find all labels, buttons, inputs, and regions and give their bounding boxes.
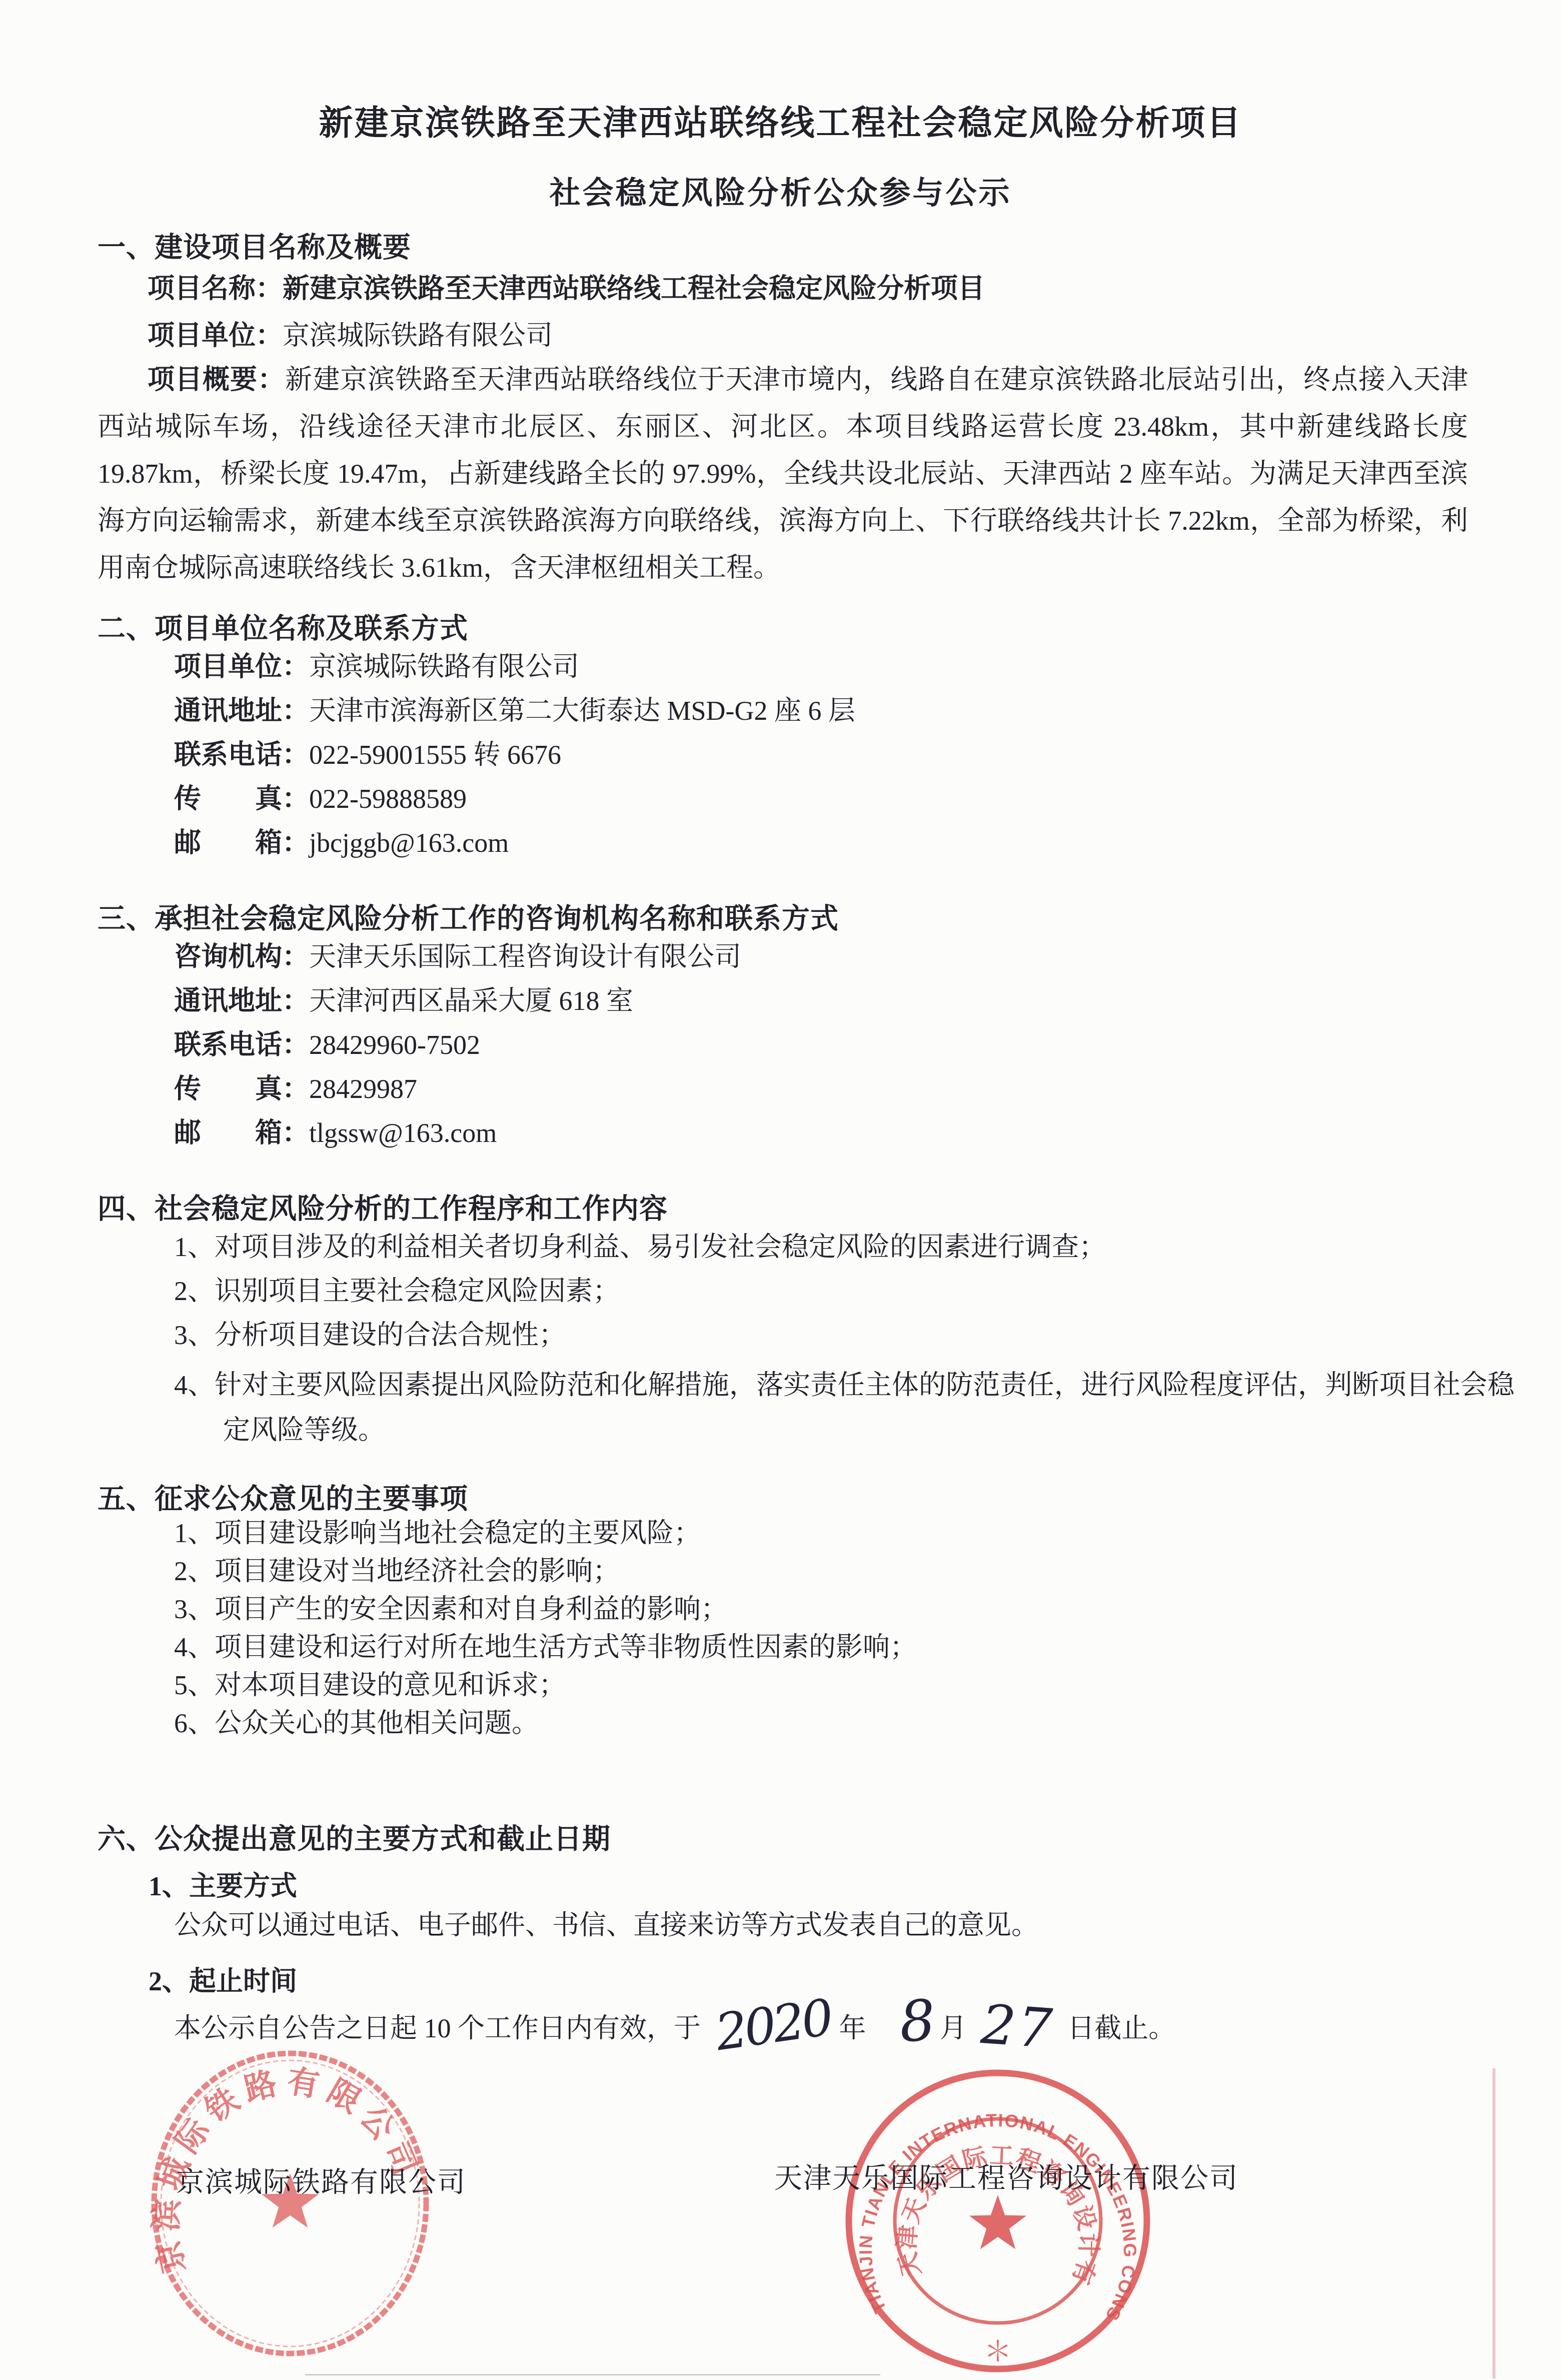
opinion-item-2: 2、项目建设对当地经济社会的影响； bbox=[174, 1555, 620, 1588]
consultant-value: 天津天乐国际工程咨询设计有限公司 bbox=[309, 942, 741, 972]
contact-row-address: 通讯地址：天津市滨海新区第二大街泰达 MSD-G2 座 6 层 bbox=[174, 694, 855, 727]
contact-row-fax: 传 真：022-59888589 bbox=[174, 782, 467, 815]
period-subheading: 2、起止时间 bbox=[149, 1960, 297, 1998]
project-overview-text: 新建京滨铁路至天津西站联络线位于天津市境内，线路自在建京滨铁路北辰站引出，终点接… bbox=[98, 365, 1468, 583]
handwritten-day: 27 bbox=[980, 2008, 1055, 2046]
handwritten-year: 2020 bbox=[714, 2001, 832, 2049]
project-overview-label: 项目概要： bbox=[148, 365, 285, 395]
contact-label: 传 真： bbox=[174, 784, 309, 814]
section-6-heading: 六、公众提出意见的主要方式和截止日期 bbox=[98, 1817, 611, 1857]
procedure-item-2: 2、识别项目主要社会稳定风险因素； bbox=[174, 1275, 620, 1308]
contact-label: 联系电话： bbox=[174, 740, 309, 770]
consultant-row-org: 咨询机构：天津天乐国际工程咨询设计有限公司 bbox=[174, 940, 741, 973]
opinion-item-6: 6、公众关心的其他相关问题。 bbox=[174, 1707, 539, 1740]
method-subheading: 1、主要方式 bbox=[149, 1865, 297, 1903]
contact-row-unit: 项目单位：京滨城际铁路有限公司 bbox=[174, 650, 579, 683]
right-company-name: 天津天乐国际工程咨询设计有限公司 bbox=[774, 2156, 1238, 2196]
deadline-suffix: 日截止。 bbox=[1067, 2013, 1175, 2043]
consultant-label: 通讯地址： bbox=[174, 986, 309, 1016]
left-company-name: 京滨城际铁路有限公司 bbox=[176, 2160, 466, 2200]
opinion-item-4: 4、项目建设和运行对所在地生活方式等非物质性因素的影响； bbox=[174, 1631, 917, 1664]
project-unit-label: 项目单位： bbox=[148, 321, 283, 351]
procedure-item-4: 4、针对主要风险因素提出风险防范和化解措施，落实责任主体的防范责任，进行风险程度… bbox=[174, 1363, 1514, 1453]
section-4-heading: 四、社会稳定风险分析的工作程序和工作内容 bbox=[98, 1186, 668, 1227]
consultant-label: 传 真： bbox=[174, 1074, 309, 1104]
consultant-value: tlgssw@163.com bbox=[309, 1118, 497, 1148]
project-name-value: 新建京滨铁路至天津西站联络线工程社会稳定风险分析项目 bbox=[283, 274, 985, 304]
method-body: 公众可以通过电话、电子邮件、书信、直接来访等方式发表自己的意见。 bbox=[174, 1909, 1038, 1942]
document-title-line1: 新建京滨铁路至天津西站联络线工程社会稳定风险分析项目 bbox=[0, 96, 1561, 145]
right-company-seal: TIANJIN TIANLE INTERNATIONAL ENGINEERING… bbox=[838, 2061, 1158, 2380]
scanned-notice-page: 新建京滨铁路至天津西站联络线工程社会稳定风险分析项目 社会稳定风险分析公众参与公… bbox=[0, 0, 1561, 2380]
opinion-item-1: 1、项目建设影响当地社会稳定的主要风险； bbox=[174, 1517, 701, 1550]
contact-label: 通讯地址： bbox=[174, 696, 309, 726]
deadline-line: 本公示自公告之日起 10 个工作日内有效，于2020年8月27日截止。 bbox=[174, 2002, 1175, 2045]
project-unit-value: 京滨城际铁路有限公司 bbox=[283, 321, 553, 351]
contact-label: 邮 箱： bbox=[174, 828, 309, 858]
consultant-value: 28429960-7502 bbox=[309, 1030, 480, 1060]
handwritten-month: 8 bbox=[898, 2004, 936, 2039]
deadline-prefix: 本公示自公告之日起 10 个工作日内有效，于 bbox=[174, 2013, 701, 2043]
star-icon bbox=[969, 2195, 1026, 2249]
contact-value: 天津市滨海新区第二大街泰达 MSD-G2 座 6 层 bbox=[309, 696, 855, 726]
scan-artifact-vertical-line bbox=[1492, 2068, 1495, 2378]
consultant-row-phone: 联系电话：28429960-7502 bbox=[174, 1028, 480, 1061]
project-overview-paragraph: 项目概要：新建京滨铁路至天津西站联络线位于天津市境内，线路自在建京滨铁路北辰站引… bbox=[98, 356, 1468, 591]
section-2-heading: 二、项目单位名称及联系方式 bbox=[98, 606, 468, 646]
consultant-row-address: 通讯地址：天津河西区晶采大厦 618 室 bbox=[174, 984, 633, 1017]
consultant-row-email: 邮 箱：tlgssw@163.com bbox=[174, 1116, 497, 1149]
project-unit-row: 项目单位：京滨城际铁路有限公司 bbox=[148, 319, 553, 352]
procedure-item-1: 1、对项目涉及的利益相关者切身利益、易引发社会稳定风险的因素进行调查； bbox=[174, 1231, 1106, 1264]
contact-value: 022-59888589 bbox=[309, 784, 467, 814]
month-character: 月 bbox=[940, 2013, 967, 2043]
contact-label: 项目单位： bbox=[174, 652, 309, 682]
consultant-label: 联系电话： bbox=[174, 1030, 309, 1060]
procedure-item-3: 3、分析项目建设的合法合规性； bbox=[174, 1319, 566, 1352]
document-title-line2: 社会稳定风险分析公众参与公示 bbox=[0, 168, 1561, 213]
contact-row-phone: 联系电话：022-59001555 转 6676 bbox=[174, 738, 561, 771]
left-company-seal: 京滨城际铁路有限公司 bbox=[140, 2043, 440, 2363]
project-name-row: 项目名称：新建京滨铁路至天津西站联络线工程社会稳定风险分析项目 bbox=[148, 272, 985, 305]
contact-value: 京滨城际铁路有限公司 bbox=[309, 652, 579, 682]
opinion-item-5: 5、对本项目建设的意见和诉求； bbox=[174, 1669, 566, 1702]
scan-artifact-bottom-line bbox=[305, 2374, 880, 2375]
consultant-label: 邮 箱： bbox=[174, 1118, 309, 1148]
project-name-label: 项目名称： bbox=[148, 274, 283, 304]
year-character: 年 bbox=[839, 2013, 866, 2043]
seal-bottom-asterisk: ＊ bbox=[984, 2335, 1012, 2368]
consultant-row-fax: 传 真：28429987 bbox=[174, 1072, 417, 1105]
consultant-value: 天津河西区晶采大厦 618 室 bbox=[309, 986, 633, 1016]
section-5-heading: 五、征求公众意见的主要事项 bbox=[98, 1477, 468, 1517]
contact-row-email: 邮 箱：jbcjggb@163.com bbox=[174, 826, 509, 859]
section-3-heading: 三、承担社会稳定风险分析工作的咨询机构名称和联系方式 bbox=[98, 896, 839, 936]
opinion-item-3: 3、项目产生的安全因素和对自身利益的影响； bbox=[174, 1593, 728, 1626]
section-1-heading: 一、建设项目名称及概要 bbox=[98, 225, 411, 265]
contact-value: 022-59001555 转 6676 bbox=[309, 740, 561, 770]
consultant-label: 咨询机构： bbox=[174, 942, 309, 972]
consultant-value: 28429987 bbox=[309, 1074, 417, 1104]
contact-value: jbcjggb@163.com bbox=[309, 828, 509, 858]
